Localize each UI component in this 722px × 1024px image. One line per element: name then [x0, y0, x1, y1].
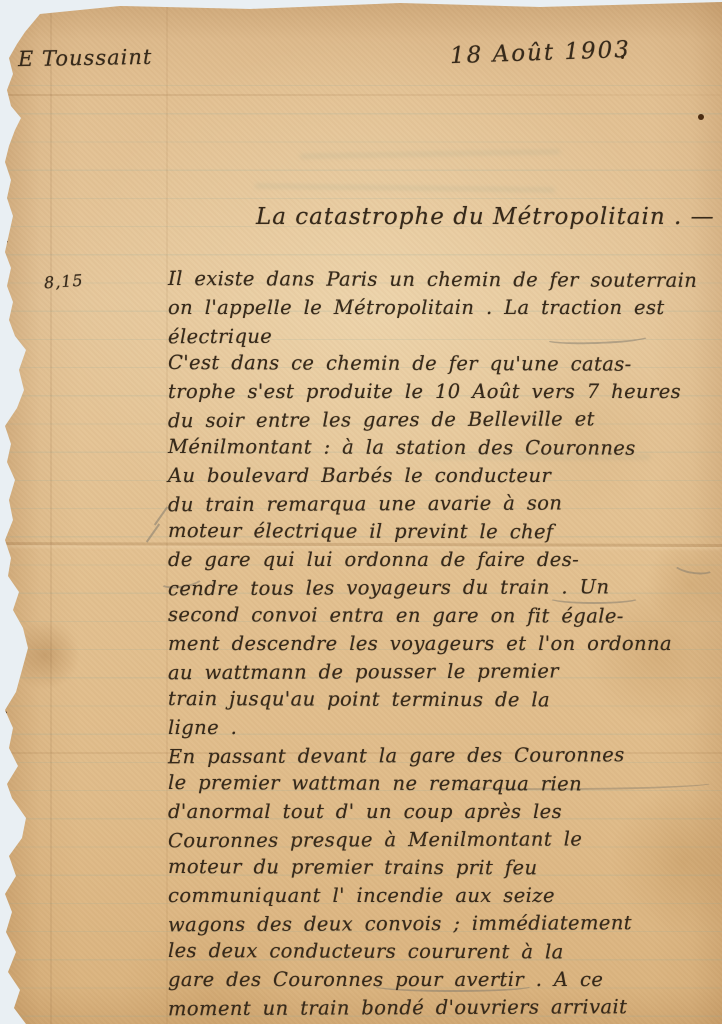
manuscript-line: Ménilmontant : à la station des Couronne…: [168, 433, 722, 463]
manuscript-line: trophe s'est produite le 10 Août vers 7 …: [168, 378, 722, 406]
author-signature: E Toussaint: [18, 45, 153, 71]
manuscript-line: Au boulevard Barbés le conducteur: [168, 462, 722, 490]
ink-speck: [698, 114, 704, 120]
manuscript-body: Il existe dans Paris un chemin de fer so…: [168, 266, 722, 1022]
document-title: La catastrophe du Métropolitain . —: [256, 204, 715, 230]
scanned-manuscript: E Toussaint 18 Août 1903 La catastrophe …: [0, 0, 722, 1024]
manuscript-line: C'est dans ce chemin de fer qu'une catas…: [168, 349, 722, 379]
manuscript-line: d'anormal tout d' un coup après les: [168, 798, 722, 826]
manuscript-line: au wattmann de pousser le premier: [168, 657, 722, 687]
manuscript-line: on l'appelle le Métropolitain . La tract…: [168, 294, 722, 322]
manuscript-line: moteur électrique il prevint le chef: [168, 517, 722, 547]
manuscript-line: les deux conducteurs coururent à la: [168, 937, 722, 967]
vertical-fold-line: [50, 0, 52, 1024]
manuscript-line: En passant devant la gare des Couronnes: [168, 741, 722, 771]
manuscript-line: le premier wattman ne remarqua rien: [168, 769, 722, 799]
ink-speck: [2, 240, 8, 243]
manuscript-line: électrique: [168, 321, 722, 351]
manuscript-line: ligne .: [168, 714, 722, 742]
paper-sheet-torn-left-edge: E Toussaint 18 Août 1903 La catastrophe …: [0, 0, 722, 1024]
fold-crease: [0, 94, 722, 96]
manuscript-line: de gare qui lui ordonna de faire des-: [168, 546, 722, 574]
manuscript-line: wagons des deux convois ; immédiatement: [168, 909, 722, 939]
manuscript-line: du train remarqua une avarie à son: [168, 489, 722, 519]
manuscript-line: train jusqu'au point terminus de la: [168, 685, 722, 715]
manuscript-line: moteur du premier trains prit feu: [168, 853, 722, 883]
margin-time-note: 8,15: [43, 271, 84, 293]
manuscript-line: du soir entre les gares de Belleville et: [168, 405, 722, 435]
manuscript-line: Couronnes presque à Menilmontant le: [168, 825, 722, 855]
manuscript-line: communiquant l' incendie aux seize: [168, 882, 722, 910]
manuscript-line: gare des Couronnes pour avertir . A ce: [168, 966, 722, 994]
manuscript-line: second convoi entra en gare on fit égale…: [168, 601, 722, 631]
manuscript-line: moment un train bondé d'ouvriers arrivai…: [168, 993, 722, 1023]
manuscript-line: Il existe dans Paris un chemin de fer so…: [168, 265, 722, 295]
ink-speck: [2, 711, 7, 714]
manuscript-line: ment descendre les voyageurs et l'on ord…: [168, 630, 722, 658]
manuscript-line: cendre tous les voyageurs du train . Un: [168, 573, 722, 603]
